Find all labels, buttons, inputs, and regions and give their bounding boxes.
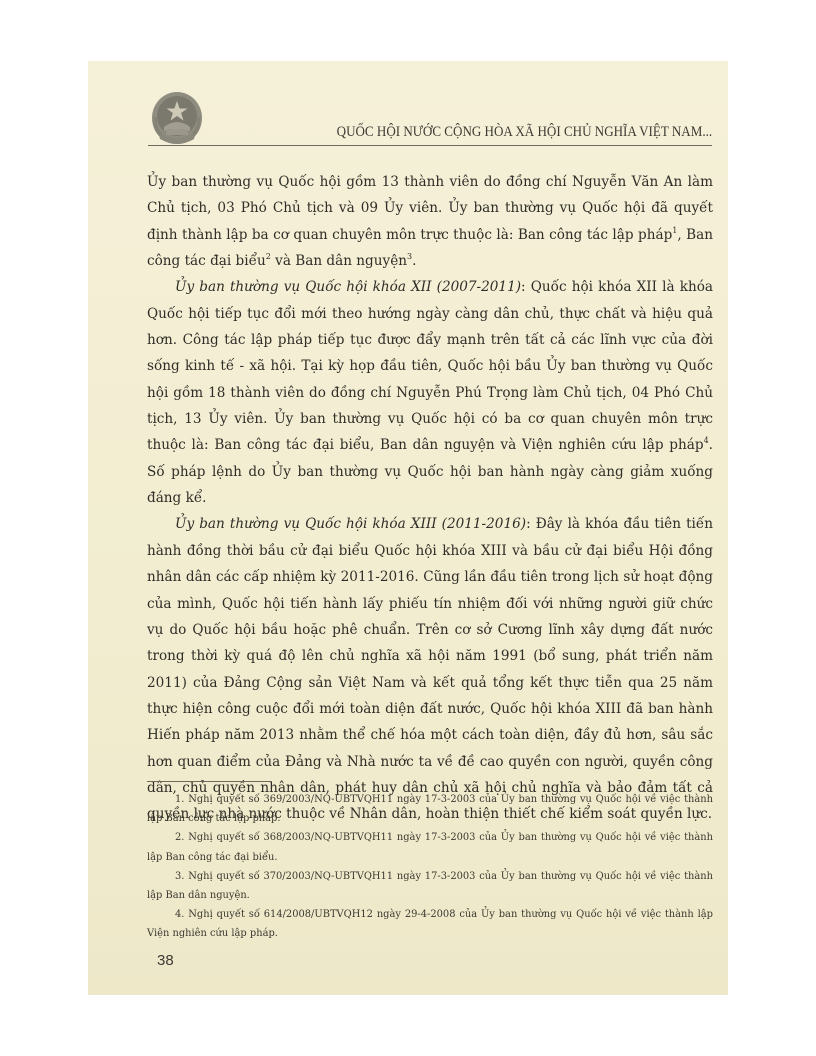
- footnote: 3. Nghị quyết số 370/2003/NQ-UBTVQH11 ng…: [147, 867, 713, 905]
- text-segment: : Quốc hội khóa XII là khóa Quốc hội tiế…: [147, 279, 713, 453]
- body-text: Ủy ban thường vụ Quốc hội gồm 13 thành v…: [147, 169, 713, 828]
- paragraph: Ủy ban thường vụ Quốc hội khóa XII (2007…: [147, 274, 713, 511]
- text-segment: và Ban dân nguyện: [271, 253, 407, 269]
- text-segment: : Đây là khóa đầu tiên tiến hành đồng th…: [147, 516, 713, 822]
- paragraph: Ủy ban thường vụ Quốc hội gồm 13 thành v…: [147, 169, 713, 274]
- section-lead-italic: Ủy ban thường vụ Quốc hội khóa XII (2007…: [175, 279, 521, 295]
- text-segment: .: [412, 253, 416, 269]
- footnote: 1. Nghị quyết số 369/2003/NQ-UBTVQH11 ng…: [147, 790, 713, 828]
- running-head: QUỐC HỘI NƯỚC CỘNG HÒA XÃ HỘI CHỦ NGHĨA …: [148, 105, 712, 146]
- text-segment: Ủy ban thường vụ Quốc hội gồm 13 thành v…: [147, 174, 713, 243]
- footnotes: 1. Nghị quyết số 369/2003/NQ-UBTVQH11 ng…: [147, 790, 713, 944]
- footnote: 2. Nghị quyết số 368/2003/NQ-UBTVQH11 ng…: [147, 828, 713, 866]
- running-title: QUỐC HỘI NƯỚC CỘNG HÒA XÃ HỘI CHỦ NGHĨA …: [337, 124, 712, 141]
- book-page: QUỐC HỘI NƯỚC CỘNG HÒA XÃ HỘI CHỦ NGHĨA …: [88, 61, 728, 995]
- footnote: 4. Nghị quyết số 614/2008/UBTVQH12 ngày …: [147, 905, 713, 943]
- page-number: 38: [157, 952, 174, 969]
- footnote-separator: [147, 781, 272, 782]
- section-lead-italic: Ủy ban thường vụ Quốc hội khóa XIII (201…: [175, 516, 526, 532]
